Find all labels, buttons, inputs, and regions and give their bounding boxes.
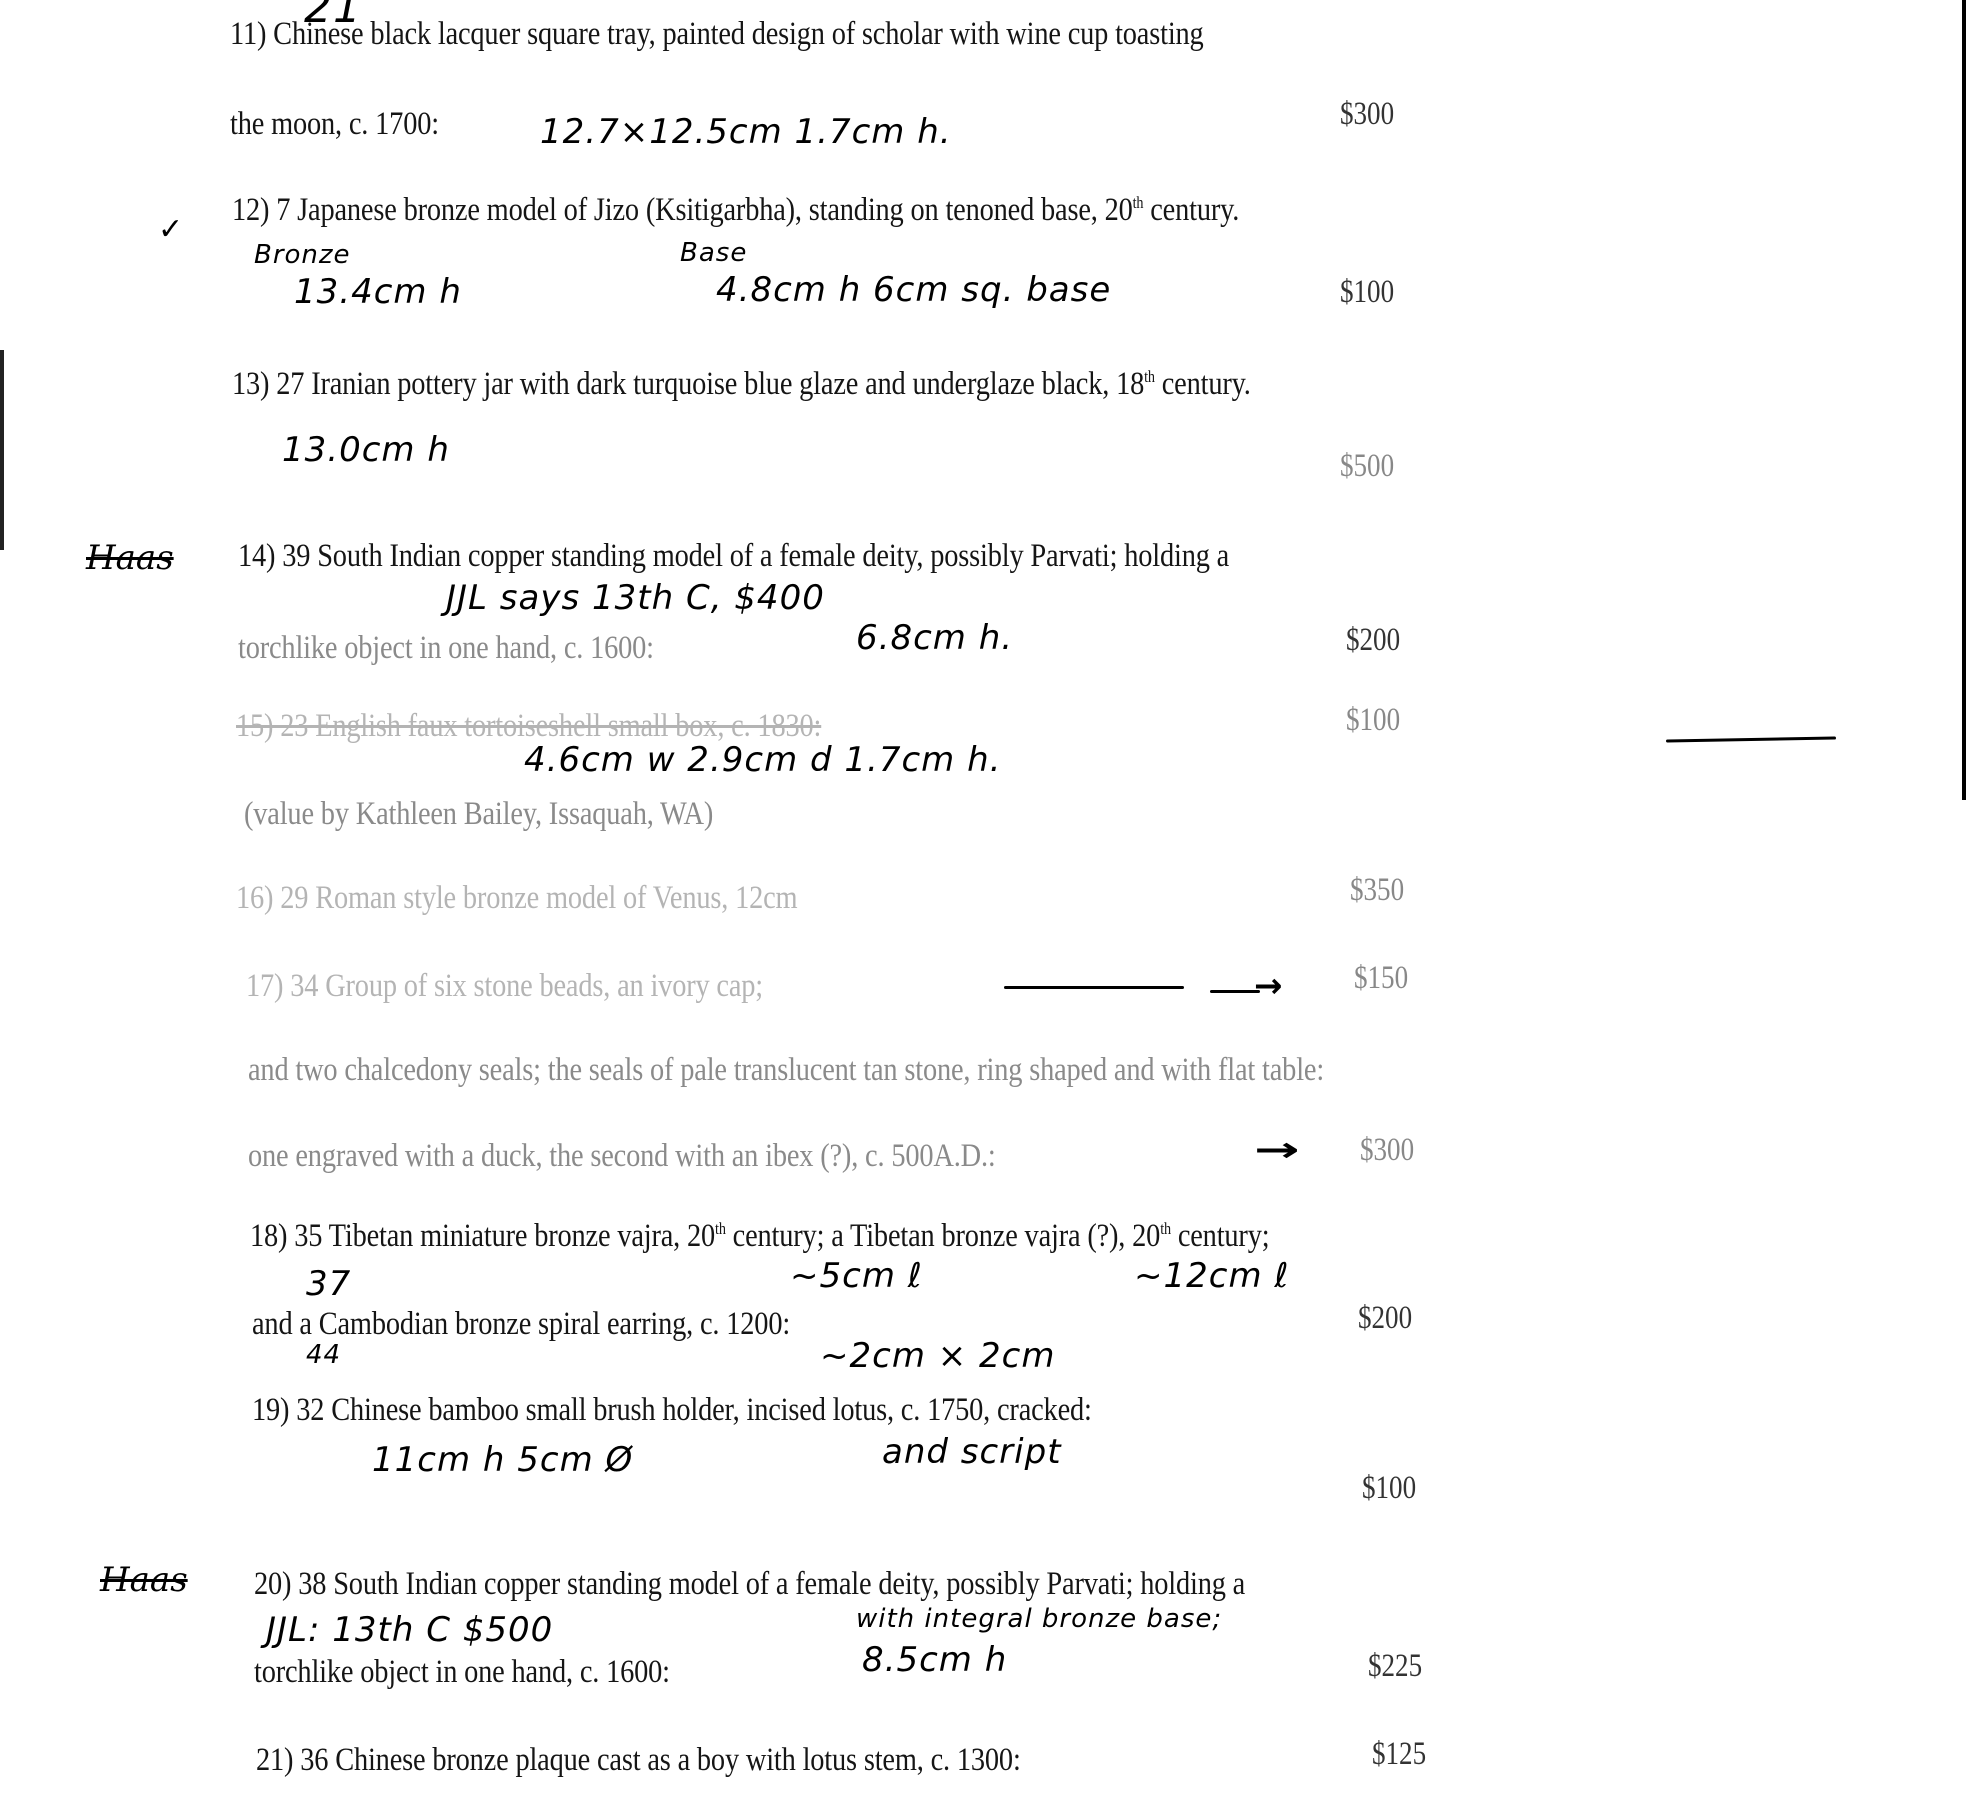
handwritten-dimensions: 6.8cm h. <box>856 618 1013 658</box>
price: $300 <box>1360 1132 1414 1169</box>
arrow-right-icon: → <box>1254 1130 1300 1170</box>
entry-text-line: 18) 35 Tibetan miniature bronze vajra, 2… <box>250 1218 1269 1255</box>
price: $100 <box>1340 274 1394 311</box>
price: $125 <box>1372 1736 1426 1773</box>
handwritten-reference: 37 <box>306 1264 351 1304</box>
entry-text-line: 14) 39 South Indian copper standing mode… <box>238 538 1229 575</box>
margin-annotation: Haas <box>86 538 174 578</box>
pen-stroke <box>1666 737 1836 743</box>
handwritten-label: Base <box>680 238 747 268</box>
entry-text-line: and a Cambodian bronze spiral earring, c… <box>252 1306 790 1343</box>
handwritten-dimensions: ~12cm ℓ <box>1134 1256 1289 1296</box>
price: $225 <box>1368 1648 1422 1685</box>
handwritten-label: Bronze <box>254 240 351 270</box>
margin-annotation: Haas <box>100 1560 188 1600</box>
entry-text-line: 16) 29 Roman style bronze model of Venus… <box>236 880 797 917</box>
handwritten-note: JJL: 13th C $500 <box>266 1610 553 1650</box>
appraiser-note: (value by Kathleen Bailey, Issaquah, WA) <box>244 796 713 833</box>
entry-text-line: 21) 36 Chinese bronze plaque cast as a b… <box>256 1742 1021 1779</box>
price: $200 <box>1358 1300 1412 1337</box>
pen-stroke <box>1004 986 1184 989</box>
price: $200 <box>1346 622 1400 659</box>
handwritten-note: and script <box>882 1432 1062 1472</box>
price: $100 <box>1346 702 1400 739</box>
handwritten-note: JJL says 13th C, $400 <box>446 578 825 618</box>
entry-text-line: 13) 27 Iranian pottery jar with dark tur… <box>232 366 1251 403</box>
pen-stroke <box>1210 990 1260 993</box>
handwritten-dimensions: 8.5cm h <box>862 1640 1007 1680</box>
entry-text-line: 20) 38 South Indian copper standing mode… <box>254 1566 1245 1603</box>
handwritten-note: with integral bronze base; <box>856 1604 1222 1634</box>
entry-text-line: 17) 34 Group of six stone beads, an ivor… <box>246 968 763 1005</box>
entry-text-line: and two chalcedony seals; the seals of p… <box>248 1052 1324 1089</box>
checkmark-icon: ✓ <box>158 212 183 247</box>
entry-text-line: 12) 7 Japanese bronze model of Jizo (Ksi… <box>232 192 1239 229</box>
price: $350 <box>1350 872 1404 909</box>
handwritten-dimensions: ~5cm ℓ <box>790 1256 923 1296</box>
handwritten-dimensions: 4.8cm h 6cm sq. base <box>716 270 1111 310</box>
entry-text-line: one engraved with a duck, the second wit… <box>248 1138 996 1175</box>
price: $100 <box>1362 1470 1416 1507</box>
handwritten-dimensions: 4.6cm w 2.9cm d 1.7cm h. <box>524 740 1001 780</box>
entry-text-line: 19) 32 Chinese bamboo small brush holder… <box>252 1392 1092 1429</box>
scan-edge-right <box>1962 0 1966 800</box>
scanned-document-page: 21 11) Chinese black lacquer square tray… <box>0 0 1966 1800</box>
handwritten-dimensions: ~2cm × 2cm <box>820 1336 1055 1376</box>
scan-edge-left <box>0 350 4 550</box>
entry-text-line: 11) Chinese black lacquer square tray, p… <box>230 16 1204 53</box>
entry-text-line: torchlike object in one hand, c. 1600: <box>238 630 654 667</box>
price: $500 <box>1340 448 1394 485</box>
price: $300 <box>1340 96 1394 133</box>
handwritten-reference: 44 <box>306 1340 341 1370</box>
entry-text-line: the moon, c. 1700: <box>230 106 439 143</box>
price: $150 <box>1354 960 1408 997</box>
handwritten-dimensions: 12.7×12.5cm 1.7cm h. <box>540 112 952 152</box>
entry-text-line: torchlike object in one hand, c. 1600: <box>254 1654 670 1691</box>
handwritten-dimensions: 13.4cm h <box>294 272 462 312</box>
handwritten-dimensions: 11cm h 5cm Ø <box>372 1440 633 1480</box>
handwritten-dimensions: 13.0cm h <box>282 430 450 470</box>
arrow-right-icon: → <box>1254 966 1283 1006</box>
